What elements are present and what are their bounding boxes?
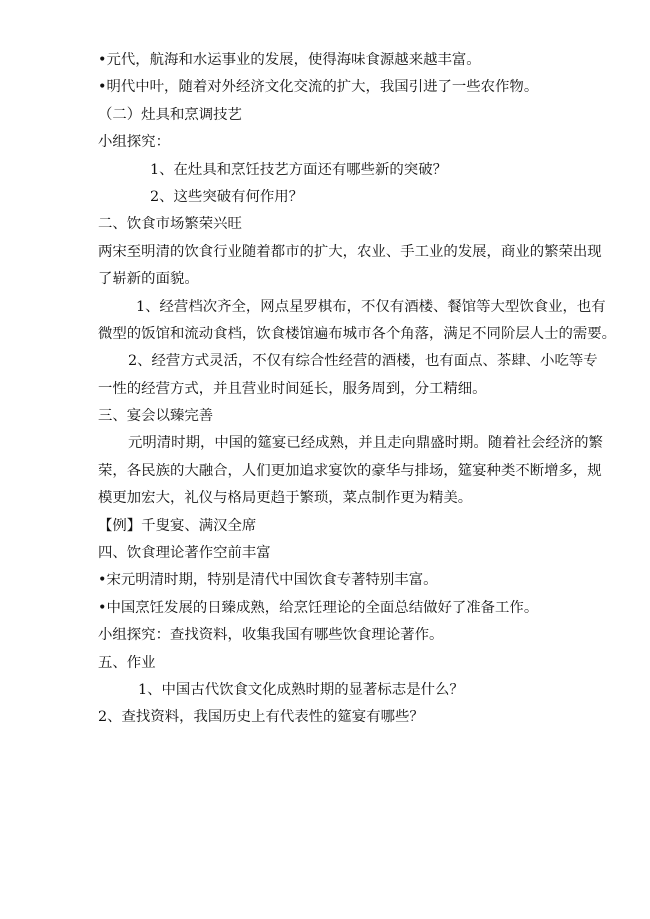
group-inquiry-theory: 小组探究：查找资料，收集我国有哪些饮食理论著作。 [98,622,558,649]
section-heading-2: 二、饮食市场繁荣兴旺 [98,211,558,238]
paragraph-market-line2: 了崭新的面貌。 [98,266,558,293]
section-heading-4: 四、饮食理论著作空前丰富 [98,540,558,567]
bullet-song-qing-works: •宋元明清时期，特别是清代中国饮食专著特别丰富。 [98,567,558,594]
homework-question-1: 1、中国古代饮食文化成熟时期的显著标志是什么？ [98,677,558,704]
section-heading-3: 三、宴会以臻完善 [98,403,558,430]
subheading-stoves-cooking: （二）灶具和烹调技艺 [98,102,558,129]
banquet-paragraph-line3: 模更加宏大，礼仪与格局更趋于繁琐，菜点制作更为精美。 [98,485,558,512]
paragraph-market-line1: 两宋至明清的饮食行业随着都市的扩大，农业、手工业的发展，商业的繁荣出现 [98,239,558,266]
banquet-paragraph-line2: 荣，各民族的大融合，人们更加追求宴饮的豪华与排场，筵宴种类不断增多，规 [98,458,558,485]
section-heading-5: 五、作业 [98,650,558,677]
bullet-ming-dynasty: •明代中叶，随着对外经济文化交流的扩大，我国引进了一些农作物。 [98,74,558,101]
example-banquets: 【例】千叟宴、满汉全席 [98,513,558,540]
market-point-2-line2: 一性的经营方式，并且营业时间延长，服务周到，分工精细。 [98,376,558,403]
banquet-paragraph-line1: 元明清时期，中国的筵宴已经成熟，并且走向鼎盛时期。随着社会经济的繁 [98,430,558,457]
bullet-yuan-dynasty: •元代，航海和水运事业的发展，使得海味食源越来越丰富。 [98,47,558,74]
market-point-2-line1: 2、经营方式灵活，不仅有综合性经营的酒楼，也有面点、茶肆、小吃等专 [98,348,558,375]
inquiry-question-2: 2、这些突破有何作用？ [98,184,558,211]
market-point-1-line2: 微型的饭馆和流动食档，饮食楼馆遍布城市各个角落，满足不同阶层人士的需要。 [98,321,558,348]
group-inquiry-label: 小组探究： [98,129,558,156]
document-page: •元代，航海和水运事业的发展，使得海味食源越来越丰富。 •明代中叶，随着对外经济… [98,47,558,732]
inquiry-question-1: 1、在灶具和烹饪技艺方面还有哪些新的突破？ [98,157,558,184]
market-point-1-line1: 1、经营档次齐全，网点星罗棋布，不仅有酒楼、餐馆等大型饮食业，也有 [98,294,558,321]
homework-question-2: 2、查找资料，我国历史上有代表性的筵宴有哪些？ [98,704,558,731]
bullet-cooking-maturity: •中国烹饪发展的日臻成熟，给烹饪理论的全面总结做好了准备工作。 [98,595,558,622]
